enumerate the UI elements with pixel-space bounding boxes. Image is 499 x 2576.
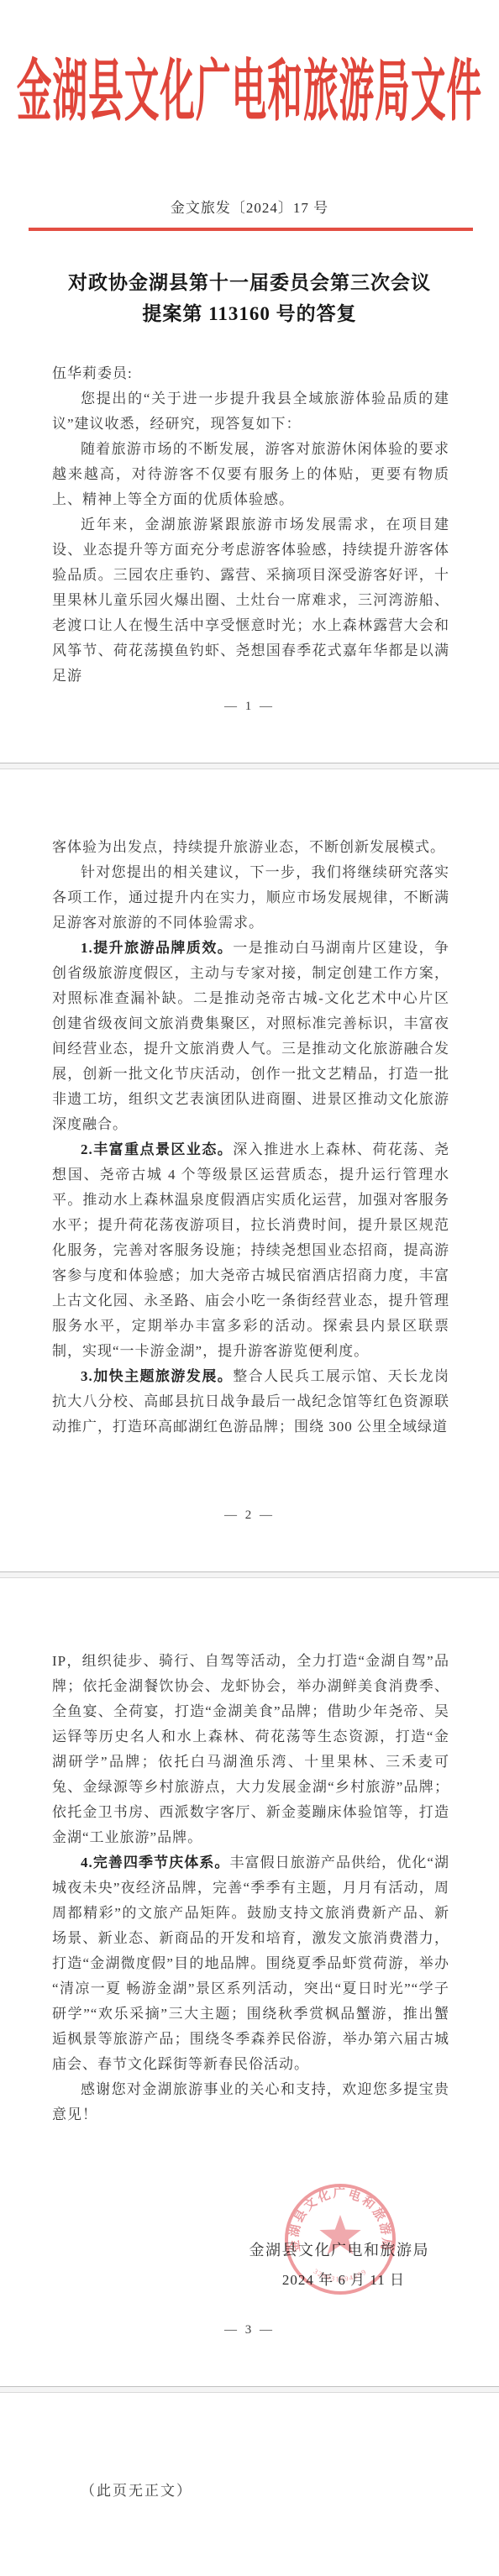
page-number: — 1 — xyxy=(0,700,499,714)
page-3: IP，组织徒步、骑行、自驾等活动，全力打造“金湖自驾”品牌；依托金湖餐饮协会、龙… xyxy=(0,1578,499,2386)
page-number: — 2 — xyxy=(0,1508,499,1523)
scanned-official-document: 金湖县文化广电和旅游局文件 金文旅发〔2024〕17 号 对政协金湖县第十一届委… xyxy=(0,0,499,2576)
page-1: 金湖县文化广电和旅游局文件 金文旅发〔2024〕17 号 对政协金湖县第十一届委… xyxy=(0,0,499,763)
document-title-line2: 提案第 113160 号的答复 xyxy=(0,298,499,329)
section-text: 一是推动白马湖南片区建设，争创省级旅游度假区，主动与专家对接，制定创建工作方案，… xyxy=(52,940,449,1132)
section-text: 深入推进水上森林、荷花荡、尧想国、尧帝古城 4 个等级景区运营质态，提升运行管理… xyxy=(52,1141,449,1359)
section-heading: 1.提升旅游品牌质效。 xyxy=(81,940,233,956)
page-2: 客体验为出发点，持续提升旅游业态，不断创新发展模式。 针对您提出的相关建议，下一… xyxy=(0,769,499,1571)
seal-serial-number: 320831094699 xyxy=(312,2267,368,2283)
svg-text:320831094699: 320831094699 xyxy=(312,2267,368,2283)
paragraph: 您提出的“关于进一步提升我县全域旅游体验品质的建议”建议收悉，经研究，现答复如下… xyxy=(52,386,449,437)
page-4: （此页无正文） xyxy=(0,2393,499,2576)
section-paragraph-4: 4.完善四季节庆体系。丰富假日旅游产品供给，优化“湖城夜未央”夜经济品牌，完善“… xyxy=(52,1850,449,2077)
page-separator xyxy=(0,1571,499,1578)
section-heading: 4.完善四季节庆体系。 xyxy=(81,1855,229,1870)
red-divider-rule xyxy=(29,228,473,231)
salutation: 伍华莉委员: xyxy=(52,361,449,386)
closing-paragraph: 感谢您对金湖旅游事业的关心和支持，欢迎您多提宝贵意见！ xyxy=(52,2077,449,2127)
document-title-line1: 对政协金湖县第十一届委员会第三次会议 xyxy=(0,267,499,298)
page-1-body: 伍华莉委员: 您提出的“关于进一步提升我县全域旅游体验品质的建议”建议收悉，经研… xyxy=(52,361,449,689)
page-number: — 3 — xyxy=(0,2323,499,2337)
document-title: 对政协金湖县第十一届委员会第三次会议 提案第 113160 号的答复 xyxy=(0,267,499,329)
section-paragraph-3: 3.加快主题旅游发展。整合人民兵工展示馆、天长龙岗抗大八分校、高邮县抗日战争最后… xyxy=(52,1364,449,1440)
section-heading: 3.加快主题旅游发展。 xyxy=(81,1368,233,1384)
section-heading: 2.丰富重点景区业态。 xyxy=(81,1141,233,1157)
page-2-body: 客体验为出发点，持续提升旅游业态，不断创新发展模式。 针对您提出的相关建议，下一… xyxy=(0,769,499,1440)
document-reference-number: 金文旅发〔2024〕17 号 xyxy=(0,196,499,217)
paragraph: 针对您提出的相关建议，下一步，我们将继续研究落实各项工作，通过提升内在实力，顺应… xyxy=(52,860,449,936)
seal-star-icon xyxy=(319,2215,360,2254)
paragraph: 近年来，金湖旅游紧跟旅游市场发展需求，在项目建设、业态提升等方面充分考虑游客体验… xyxy=(52,512,449,689)
official-seal: 金湖县文化广电和旅游局 320831094699 xyxy=(277,2176,403,2302)
bureau-letterhead-title: 金湖县文化广电和旅游局文件 xyxy=(17,57,482,128)
section-paragraph-1: 1.提升旅游品牌质效。一是推动白马湖南片区建设，争创省级旅游度假区，主动与专家对… xyxy=(52,936,449,1137)
section-text: 丰富假日旅游产品供给，优化“湖城夜未央”夜经济品牌，完善“季季有主题，月月有活动… xyxy=(52,1855,449,2072)
page-separator xyxy=(0,2386,499,2393)
page-separator xyxy=(0,763,499,769)
paragraph-continuation: 客体验为出发点，持续提升旅游业态，不断创新发展模式。 xyxy=(52,835,449,860)
page-3-body: IP，组织徒步、骑行、自驾等活动，全力打造“金湖自驾”品牌；依托金湖餐饮协会、龙… xyxy=(0,1578,499,2127)
no-body-text-note: （此页无正文） xyxy=(52,2393,499,2500)
paragraph-continuation: IP，组织徒步、骑行、自驾等活动，全力打造“金湖自驾”品牌；依托金湖餐饮协会、龙… xyxy=(52,1649,449,1850)
section-paragraph-2: 2.丰富重点景区业态。深入推进水上森林、荷花荡、尧想国、尧帝古城 4 个等级景区… xyxy=(52,1137,449,1364)
paragraph: 随着旅游市场的不断发展，游客对旅游休闲体验的要求越来越高，对待游客不仅要有服务上… xyxy=(52,437,449,512)
